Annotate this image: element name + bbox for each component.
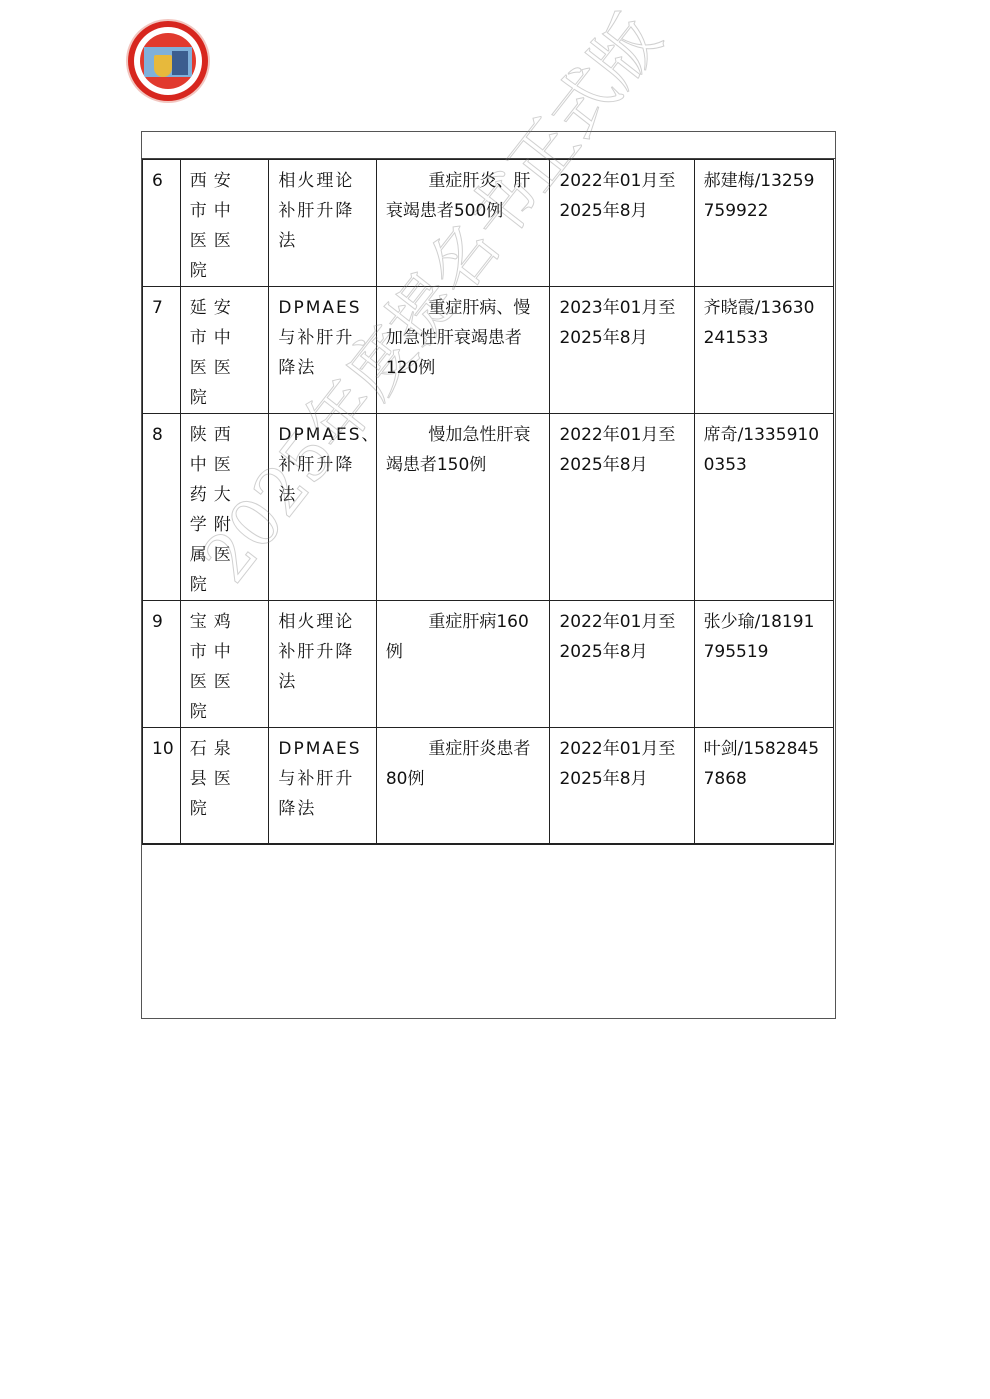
cell-technology: DPMAES与补肝升降法	[269, 728, 376, 844]
cell-unit: 西安市中医医院	[180, 160, 269, 287]
cell-period: 2022年01月至2025年8月	[550, 160, 694, 287]
cell-technology: DPMAES与补肝升降法	[269, 287, 376, 414]
cell-no: 8	[143, 414, 181, 601]
cell-scope: 重症肝炎、肝衰竭患者500例	[376, 160, 550, 287]
table-header-strip	[141, 131, 836, 159]
cell-technology: 相火理论补肝升降法	[269, 160, 376, 287]
seal-emblem	[140, 33, 196, 89]
cell-technology: DPMAES、补肝升降法	[269, 414, 376, 601]
cell-technology: 相火理论补肝升降法	[269, 601, 376, 728]
cell-scope: 重症肝病、慢加急性肝衰竭患者120例	[376, 287, 550, 414]
application-units-table: 6 西安市中医医院 相火理论补肝升降法 重症肝炎、肝衰竭患者500例 2022年…	[142, 159, 834, 845]
cell-scope: 慢加急性肝衰竭患者150例	[376, 414, 550, 601]
table-row: 9 宝鸡市中医医院 相火理论补肝升降法 重症肝病160例 2022年01月至20…	[143, 601, 834, 728]
cell-unit: 石泉县医院	[180, 728, 269, 844]
cell-contact: 张少瑜/18191795519	[694, 601, 833, 728]
cell-scope: 重症肝病160例	[376, 601, 550, 728]
seal-building-icon	[172, 51, 188, 75]
table-row: 10 石泉县医院 DPMAES与补肝升降法 重症肝炎患者80例 2022年01月…	[143, 728, 834, 844]
table-row: 6 西安市中医医院 相火理论补肝升降法 重症肝炎、肝衰竭患者500例 2022年…	[143, 160, 834, 287]
cell-scope: 重症肝炎患者80例	[376, 728, 550, 844]
cell-contact: 席奇/13359100353	[694, 414, 833, 601]
association-seal-icon	[128, 21, 208, 101]
table-row: 7 延安市中医医院 DPMAES与补肝升降法 重症肝病、慢加急性肝衰竭患者120…	[143, 287, 834, 414]
cell-no: 9	[143, 601, 181, 728]
cell-contact: 齐晓霞/13630241533	[694, 287, 833, 414]
cell-unit: 延安市中医医院	[180, 287, 269, 414]
cell-unit: 陕西中医药大学附属医院	[180, 414, 269, 601]
cell-contact: 叶剑/15828457868	[694, 728, 833, 844]
cell-no: 10	[143, 728, 181, 844]
cell-unit: 宝鸡市中医医院	[180, 601, 269, 728]
cell-contact: 郝建梅/13259759922	[694, 160, 833, 287]
cell-period: 2023年01月至2025年8月	[550, 287, 694, 414]
cell-no: 6	[143, 160, 181, 287]
cell-no: 7	[143, 287, 181, 414]
cell-period: 2022年01月至2025年8月	[550, 601, 694, 728]
seal-trophy-icon	[154, 55, 172, 77]
cell-period: 2022年01月至2025年8月	[550, 728, 694, 844]
table-row: 8 陕西中医药大学附属医院 DPMAES、补肝升降法 慢加急性肝衰竭患者150例…	[143, 414, 834, 601]
cell-period: 2022年01月至2025年8月	[550, 414, 694, 601]
